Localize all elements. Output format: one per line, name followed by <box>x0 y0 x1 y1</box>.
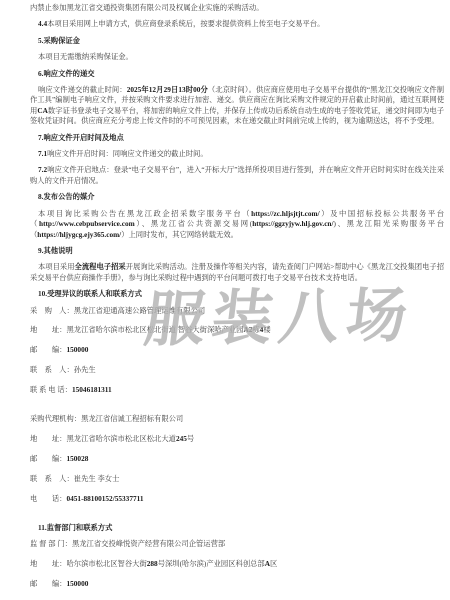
text-run: 2025年12月29日13时00分 <box>127 85 208 94</box>
text-run: 联 系 人：孙先生 <box>30 365 96 374</box>
text-run: 10.受理异议的联系人和联系方式 <box>38 289 142 298</box>
paragraph: 本项目采用全流程电子招采开展询比采购活动。注册及操作等相关内容，请先查阅门户网站… <box>30 262 444 283</box>
text-run: 288 <box>147 559 158 568</box>
contact-line: 地 址：哈尔滨市松北区智谷大街288号深圳(哈尔滨)产业园区科创总部A区 <box>30 559 444 569</box>
text-run: 150028 <box>66 454 88 463</box>
contact-line: 联 系 电 话：15046181311 <box>30 385 444 395</box>
text-run: 4.4 <box>38 19 47 28</box>
paragraph: 4.4本项目采用网上申请方式，供应商登录系统后，按要求提供资料上传至电子交易平台… <box>30 19 444 29</box>
text-run: 栋 <box>252 325 259 334</box>
section-heading: 7.响应文件开启时间及地点 <box>30 133 444 143</box>
text-run: 0451-88100152/55337711 <box>66 494 143 503</box>
text-run: 地 址：哈尔滨市松北区智谷大街 <box>30 559 147 568</box>
contact-line: 地 址：黑龙江省哈尔滨市松北区松北街道 智谷大街深哈产业园A2栋4楼 <box>30 325 444 335</box>
text-run: 150000 <box>66 345 88 354</box>
section-heading: 10.受理异议的联系人和联系方式 <box>30 289 444 299</box>
text-run: 邮 编： <box>30 579 66 588</box>
text-run: https://hljygcg.ejy365.com/ <box>37 230 121 239</box>
text-run: 响应文件开启地点：登录“电子交易平台”，进入“开标大厅”选择所投项目进行签到，并… <box>30 165 444 184</box>
section-heading: 9.其他说明 <box>30 246 444 256</box>
text-run: 5.采购保证金 <box>38 36 80 45</box>
text-run: 地 址：黑龙江省哈尔滨市松北区松北大道 <box>30 434 176 443</box>
paragraph: 7.1响应文件开启时间：同响应文件递交的截止时间。 <box>30 149 444 159</box>
text-run: https://ggzyjyw.hlj.gov.cn/ <box>252 219 333 228</box>
text-run: 本项目无需缴纳采购保证金。 <box>38 52 133 61</box>
contact-line: 采 购 人：黑龙江省迎通高速公路管理运维有限公司 <box>30 306 444 316</box>
text-run: 号 <box>187 434 194 443</box>
text-run: ）上同时发布，其它网络转载无效。 <box>121 230 238 239</box>
text-run: 邮 编： <box>30 345 66 354</box>
text-run: 响应文件递交的截止时间： <box>38 85 127 94</box>
spacer <box>30 514 444 523</box>
spacer <box>30 405 444 414</box>
text-run: 本项目询比采购公告在黑龙江政企招采数字服务平台（ <box>38 209 251 218</box>
contact-line: 邮 编：150028 <box>30 454 444 464</box>
text-run: 楼 <box>263 325 270 334</box>
text-run: CA <box>37 106 48 115</box>
contact-line: 地 址：黑龙江省哈尔滨市松北区松北大道245号 <box>30 434 444 444</box>
text-run: ）、黑龙江省公共资源交易网( <box>135 219 253 228</box>
contact-line: 邮 编：150000 <box>30 579 444 589</box>
text-run: 全流程电子招采 <box>75 262 126 271</box>
contact-line: 电 话：0451-88100152/55337711 <box>30 494 444 504</box>
text-run: 7.2 <box>38 165 47 174</box>
text-run: 地 址：黑龙江省哈尔滨市松北区松北街道 智谷大街深哈产业园 <box>30 325 243 334</box>
paragraph: 本项目询比采购公告在黑龙江政企招采数字服务平台（https://zc.hljsj… <box>30 209 444 240</box>
text-run: 邮 编： <box>30 454 66 463</box>
section-heading: 6.响应文件的递交 <box>30 69 444 79</box>
text-run: 6.响应文件的递交 <box>38 69 95 78</box>
text-run: 响应文件开启时间：同响应文件递交的截止时间。 <box>47 149 208 158</box>
text-run: 号深圳(哈尔滨)产业园区科创总部 <box>158 559 265 568</box>
document-page: 内禁止参加黑龙江省交通投资集团有限公司及权属企业实施的采购活动。4.4本项目采用… <box>0 0 450 600</box>
text-run: 15046181311 <box>72 385 112 394</box>
text-run: 7.1 <box>38 149 47 158</box>
text-run: 8.发布公告的媒介 <box>38 192 95 201</box>
contact-line: 采购代理机构：黑龙江省信诚工程招标有限公司 <box>30 414 444 424</box>
paragraph-continuation: 内禁止参加黑龙江省交通投资集团有限公司及权属企业实施的采购活动。 <box>30 3 444 13</box>
announcement-body: 内禁止参加黑龙江省交通投资集团有限公司及权属企业实施的采购活动。4.4本项目采用… <box>0 0 450 589</box>
paragraph: 本项目无需缴纳采购保证金。 <box>30 52 444 62</box>
text-run: 150000 <box>66 579 88 588</box>
section-heading: 8.发布公告的媒介 <box>30 192 444 202</box>
contact-line: 联 系 人：孙先生 <box>30 365 444 375</box>
contact-line: 邮 编：150000 <box>30 345 444 355</box>
section-heading: 11.监督部门和联系方式 <box>30 523 444 533</box>
text-run: http://www.cebpubservice.com <box>39 219 135 228</box>
text-run: 本项目采用网上申请方式，供应商登录系统后，按要求提供资料上传至电子交易平台。 <box>47 19 324 28</box>
text-run: 7.响应文件开启时间及地点 <box>38 133 124 142</box>
text-run: 监 督 部 门：黑龙江省交投峰悦资产经营有限公司企管运营部 <box>30 539 225 548</box>
text-run: 联 系 电 话： <box>30 385 72 394</box>
text-run: 本项目采用 <box>38 262 75 271</box>
text-run: 采 购 人：黑龙江省迎通高速公路管理运维有限公司 <box>30 306 205 315</box>
text-run: 11.监督部门和联系方式 <box>38 523 112 532</box>
contact-line: 联 系 人：崔先生 李女士 <box>30 474 444 484</box>
text-run: 内禁止参加黑龙江省交通投资集团有限公司及权属企业实施的采购活动。 <box>30 3 264 12</box>
text-run: 采购代理机构：黑龙江省信诚工程招标有限公司 <box>30 414 183 423</box>
text-run: 区 <box>270 559 277 568</box>
contact-line: 监 督 部 门：黑龙江省交投峰悦资产经营有限公司企管运营部 <box>30 539 444 549</box>
text-run: 9.其他说明 <box>38 246 73 255</box>
text-run: 245 <box>176 434 187 443</box>
text-run: 电 话： <box>30 494 66 503</box>
text-run: 数字证书登录电子交易平台，将加密的响应文件上传，并保存上传成功后系统自动生成的电… <box>30 106 444 125</box>
text-run: https://zc.hljsjtjt.com/ <box>251 209 320 218</box>
paragraph: 7.2响应文件开启地点：登录“电子交易平台”，进入“开标大厅”选择所投项目进行签… <box>30 165 444 186</box>
section-heading: 5.采购保证金 <box>30 36 444 46</box>
text-run: 联 系 人：崔先生 李女士 <box>30 474 119 483</box>
paragraph: 响应文件递交的截止时间：2025年12月29日13时00分（北京时间）。供应商应… <box>30 85 444 127</box>
